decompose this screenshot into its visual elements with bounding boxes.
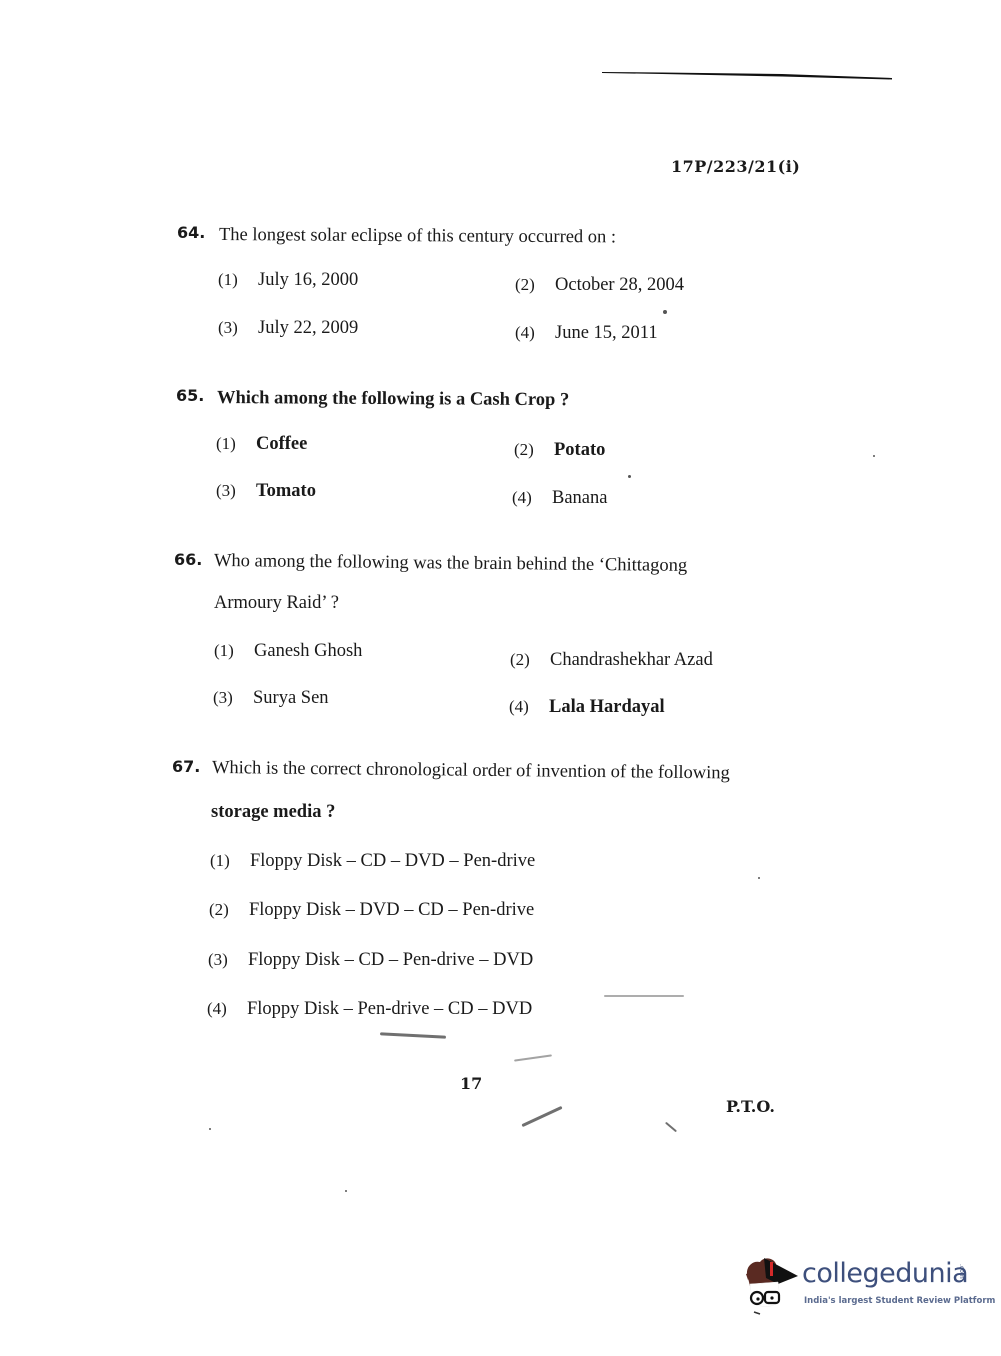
option-text: July 22, 2009: [258, 318, 358, 339]
option-number: (3): [218, 318, 258, 338]
option-number: (2): [209, 900, 249, 920]
question-number: 66.: [174, 550, 202, 569]
pto-label: P.T.O.: [726, 1097, 775, 1116]
scan-smudge: [514, 1054, 552, 1061]
option-number: (4): [515, 323, 555, 343]
option-number: (3): [213, 688, 253, 708]
scan-speck: [873, 455, 875, 457]
question-number: 67.: [172, 757, 200, 776]
option-3[interactable]: (3)July 22, 2009: [218, 318, 358, 339]
question-text-line-2: Armoury Raid’ ?: [214, 593, 339, 614]
option-number: (1): [210, 851, 250, 871]
option-2[interactable]: (2)October 28, 2004: [515, 275, 684, 296]
question-text-line-1: Who among the following was the brain be…: [214, 551, 687, 577]
option-4[interactable]: (4)Lala Hardayal: [509, 697, 665, 718]
scan-speck: [663, 310, 667, 314]
option-text: Lala Hardayal: [549, 697, 665, 718]
option-2[interactable]: (2)Floppy Disk – DVD – CD – Pen-drive: [209, 900, 534, 921]
scan-smudge: [380, 1032, 446, 1038]
question-text-line-1: Which is the correct chronological order…: [212, 758, 730, 784]
option-2[interactable]: (2)Potato: [514, 440, 605, 461]
brand-domain: .com: [958, 1264, 965, 1279]
scan-speck: [628, 475, 631, 478]
option-number: (1): [214, 641, 254, 661]
option-number: (4): [509, 697, 549, 717]
question-text: Which among the following is a Cash Crop…: [217, 388, 569, 411]
option-text: October 28, 2004: [555, 275, 684, 296]
scan-smudge: [521, 1106, 562, 1127]
option-number: (2): [510, 650, 550, 670]
option-4[interactable]: (4)June 15, 2011: [515, 323, 658, 344]
option-3[interactable]: (3)Tomato: [216, 481, 316, 502]
paper-code: 17P/223/21(i): [671, 157, 800, 176]
option-text: Floppy Disk – Pen-drive – CD – DVD: [247, 999, 532, 1020]
option-number: (2): [514, 440, 554, 460]
mascot-icon: [742, 1254, 800, 1316]
option-4[interactable]: (4)Floppy Disk – Pen-drive – CD – DVD: [207, 999, 532, 1020]
option-text: Surya Sen: [253, 688, 329, 709]
question-text: The longest solar eclipse of this centur…: [219, 225, 616, 248]
option-4[interactable]: (4)Banana: [512, 488, 607, 509]
option-text: Ganesh Ghosh: [254, 641, 362, 662]
page-number: 17: [460, 1074, 482, 1093]
exam-page: 17P/223/21(i) 64. The longest solar ecli…: [0, 0, 1001, 1356]
option-number: (4): [512, 488, 552, 508]
option-text: Chandrashekhar Azad: [550, 650, 713, 671]
scan-smudge: [604, 995, 684, 997]
option-text: June 15, 2011: [555, 323, 658, 344]
question-text-line-2: storage media ?: [211, 802, 335, 823]
option-1[interactable]: (1)Coffee: [216, 434, 307, 455]
option-text: July 16, 2000: [258, 270, 358, 291]
question-number: 65.: [176, 386, 204, 405]
option-1[interactable]: (1)Ganesh Ghosh: [214, 641, 362, 662]
option-3[interactable]: (3)Floppy Disk – CD – Pen-drive – DVD: [208, 950, 533, 971]
option-2[interactable]: (2)Chandrashekhar Azad: [510, 650, 713, 671]
scan-speck: [758, 877, 760, 879]
scan-smudge: [665, 1122, 677, 1133]
header-rule: [602, 70, 892, 80]
brand-tagline: India's largest Student Review Platform: [804, 1296, 995, 1306]
option-text: Coffee: [256, 434, 307, 455]
scan-speck: [209, 1128, 211, 1130]
option-text: Floppy Disk – DVD – CD – Pen-drive: [249, 900, 534, 921]
option-1[interactable]: (1)Floppy Disk – CD – DVD – Pen-drive: [210, 851, 535, 872]
option-number: (4): [207, 999, 247, 1019]
option-text: Floppy Disk – CD – Pen-drive – DVD: [248, 950, 533, 971]
scan-speck: [345, 1190, 347, 1192]
option-number: (3): [208, 950, 248, 970]
option-text: Tomato: [256, 481, 316, 502]
option-number: (1): [218, 270, 258, 290]
option-1[interactable]: (1)July 16, 2000: [218, 270, 358, 291]
option-text: Floppy Disk – CD – DVD – Pen-drive: [250, 851, 535, 872]
question-number: 64.: [177, 223, 205, 242]
collegedunia-watermark: collegedunia .com India's largest Studen…: [742, 1254, 972, 1316]
option-text: Potato: [554, 440, 605, 461]
option-number: (2): [515, 275, 555, 295]
option-number: (1): [216, 434, 256, 454]
option-3[interactable]: (3)Surya Sen: [213, 688, 329, 709]
option-text: Banana: [552, 488, 607, 509]
option-number: (3): [216, 481, 256, 501]
brand-name: collegedunia: [802, 1258, 968, 1289]
